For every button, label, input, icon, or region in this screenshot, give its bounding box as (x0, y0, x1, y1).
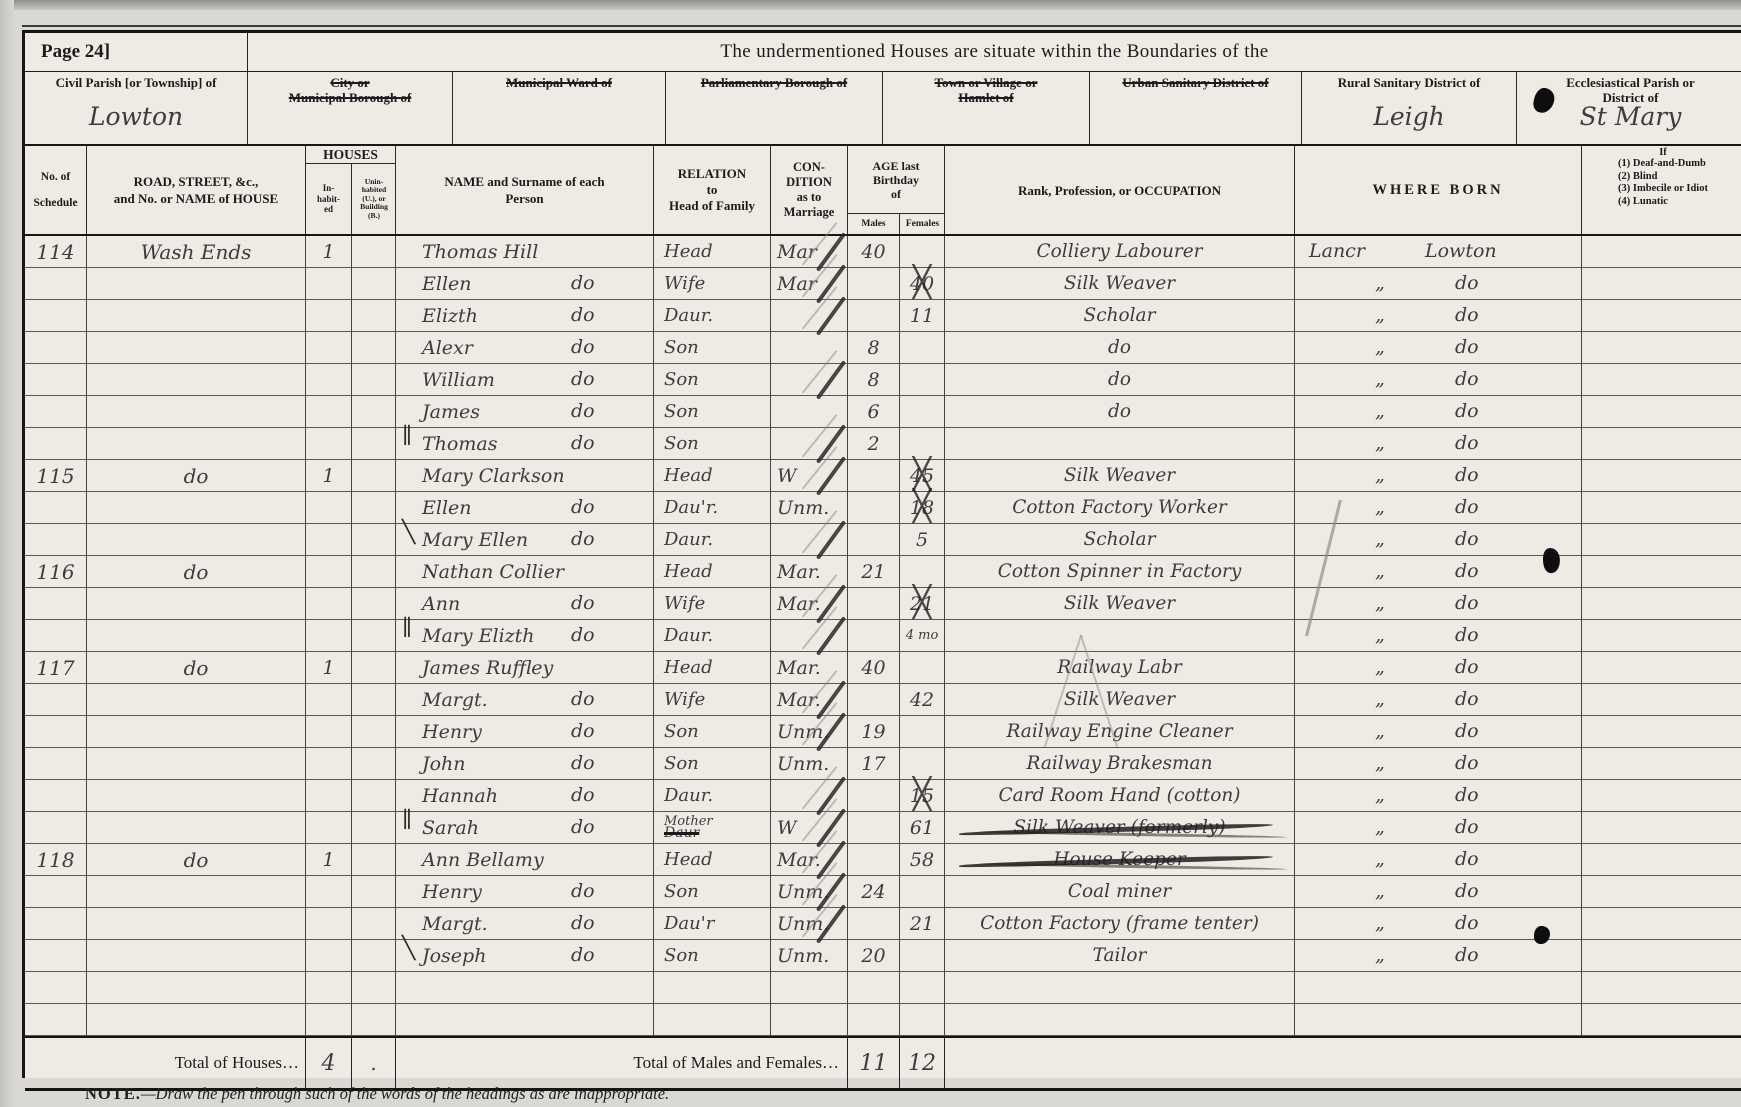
person-name: Joseph (422, 945, 486, 967)
age-male-cell: 40 (848, 652, 900, 684)
person-name: Nathan Collier (422, 561, 564, 583)
age-female-cell (900, 364, 945, 396)
born-cell: „do (1295, 940, 1582, 972)
relation-cell: Wife (654, 684, 771, 716)
occupation-cell: do (945, 332, 1295, 364)
relation-struck-value: Daur (664, 827, 770, 840)
total-males-value: 11 (848, 1038, 900, 1088)
age-value: 21 (910, 913, 934, 935)
condition-cell: Mar. (771, 652, 848, 684)
occupation-cell: Silk Weaver (945, 460, 1295, 492)
schedule-cell (25, 908, 87, 940)
boundary-column: Rural Sanitary District ofLeigh (1302, 72, 1517, 144)
infirmity-cell (1582, 492, 1741, 524)
enumerator-mark: ╲ (402, 936, 415, 961)
born-ditto-right: Lowton (1425, 240, 1497, 262)
schedule-cell (25, 876, 87, 908)
condition-cell: Unm. (771, 748, 848, 780)
born-ditto-right: do (1455, 688, 1479, 710)
age-male-cell: 6 (848, 396, 900, 428)
age-male-cell (848, 524, 900, 556)
road-cell (87, 524, 306, 556)
table-row: HenrydoSonUnm.19Railway Engine Cleaner„d… (25, 716, 1741, 748)
road-cell (87, 1004, 306, 1036)
name-ditto: do (571, 880, 595, 902)
scan-edge-top (0, 0, 1741, 10)
infirmity-cell (1582, 716, 1741, 748)
born-ditto-right: do (1455, 880, 1479, 902)
inhabited-cell (306, 332, 352, 364)
age-male-cell (848, 300, 900, 332)
occupation-value: do (1108, 369, 1131, 390)
uninhabited-cell (352, 460, 396, 492)
born-ditto-right: do (1455, 912, 1479, 934)
header-condition: CON- DITION as to Marriage (771, 146, 848, 234)
relation-cell: Son (654, 396, 771, 428)
infirmity-cell (1582, 652, 1741, 684)
person-name: Ann (422, 593, 460, 615)
born-cell: „do (1295, 460, 1582, 492)
born-ditto-left: „ (1375, 432, 1385, 454)
name-ditto: do (571, 304, 595, 326)
relation-value: Son (664, 755, 770, 773)
relation-value: Daur. (664, 787, 770, 805)
born-cell: LancrLowton (1295, 236, 1582, 268)
occupation-cell: Silk Weaver (945, 588, 1295, 620)
table-row: 117do1James RuffleyHeadMar.40Railway Lab… (25, 652, 1741, 684)
age-male-cell (848, 1004, 900, 1036)
age-female-cell (900, 236, 945, 268)
inhabited-cell (306, 748, 352, 780)
name-ditto: do (571, 336, 595, 358)
age-female-cell (900, 332, 945, 364)
relation-cell: Wife (654, 588, 771, 620)
born-cell: „do (1295, 876, 1582, 908)
born-cell: „do (1295, 396, 1582, 428)
age-value: 5 (916, 529, 928, 551)
name-cell: ∥Mary Elizthdo (396, 620, 654, 652)
road-cell: do (87, 556, 306, 588)
born-ditto-left: „ (1375, 400, 1385, 422)
born-cell: „do (1295, 716, 1582, 748)
age-female-cell: 61 (900, 812, 945, 844)
infirmity-cell (1582, 428, 1741, 460)
name-cell: ╲Josephdo (396, 940, 654, 972)
age-male-cell: 19 (848, 716, 900, 748)
relation-cell: Daur. (654, 300, 771, 332)
born-cell: „do (1295, 812, 1582, 844)
inhabited-cell (306, 908, 352, 940)
header-age-sub: Males Females (848, 213, 944, 234)
age-male-cell (848, 588, 900, 620)
age-female-cell: 4 mo (900, 620, 945, 652)
born-ditto-right: do (1455, 848, 1479, 870)
occupation-value: Silk Weaver (1064, 465, 1175, 486)
header-name: NAME and Surname of each Person (396, 146, 654, 234)
enumerator-mark: ╲ (402, 520, 415, 545)
uninhabited-cell (352, 684, 396, 716)
enumerator-mark: ∥ (402, 616, 412, 641)
infirmity-cell (1582, 908, 1741, 940)
infirmity-cell (1582, 684, 1741, 716)
born-ditto-left: „ (1375, 560, 1385, 582)
condition-cell (771, 428, 848, 460)
occupation-value: Cotton Factory Worker (1012, 497, 1227, 518)
relation-value: Daur. (664, 627, 770, 645)
person-name: Sarah (422, 817, 479, 839)
person-name: Mary Elizth (422, 625, 535, 647)
uninhabited-cell (352, 620, 396, 652)
occupation-cell: Cotton Factory (frame tenter) (945, 908, 1295, 940)
condition-value: Unm. (777, 721, 829, 743)
table-row: WilliamdoSon8do„do (25, 364, 1741, 396)
relation-cell: Dau'r (654, 908, 771, 940)
table-row: JamesdoSon6do„do (25, 396, 1741, 428)
schedule-cell: 118 (25, 844, 87, 876)
born-ditto-left: „ (1375, 784, 1385, 806)
person-name: Henry (422, 881, 482, 903)
road-cell (87, 748, 306, 780)
born-cell: „do (1295, 556, 1582, 588)
boundary-label: Urban Sanitary District of (1090, 75, 1301, 90)
born-ditto-left: „ (1375, 368, 1385, 390)
born-ditto-left: „ (1375, 656, 1385, 678)
person-name: Thomas (422, 433, 497, 455)
age-female-cell: 58 (900, 844, 945, 876)
age-male-cell (848, 844, 900, 876)
condition-value: Unm. (777, 881, 829, 903)
age-female-cell (900, 716, 945, 748)
inhabited-cell (306, 556, 352, 588)
age-male-cell (848, 812, 900, 844)
condition-cell (771, 300, 848, 332)
age-male-cell (848, 492, 900, 524)
relation-cell: Head (654, 844, 771, 876)
inhabited-cell: 1 (306, 652, 352, 684)
age-value: 11 (910, 305, 934, 327)
age-male-cell (848, 460, 900, 492)
inhabited-cell (306, 620, 352, 652)
age-male-cell (848, 684, 900, 716)
schedule-cell (25, 684, 87, 716)
relation-cell: Son (654, 748, 771, 780)
relation-value: Wife (664, 691, 770, 709)
boundary-column: Parliamentary Borough of (666, 72, 883, 144)
age-female-cell (900, 396, 945, 428)
occupation-value: House Keeper (1053, 849, 1185, 870)
table-row (25, 972, 1741, 1004)
condition-cell: Mar. (771, 588, 848, 620)
born-ditto-left: „ (1375, 912, 1385, 934)
person-name: Mary Ellen (422, 529, 528, 551)
occupation-cell: House Keeper (945, 844, 1295, 876)
road-cell (87, 876, 306, 908)
born-ditto-left: „ (1375, 592, 1385, 614)
relation-value: Daur. (664, 531, 770, 549)
born-ditto-left: „ (1375, 848, 1385, 870)
name-cell: Nathan Collier (396, 556, 654, 588)
age-female-cell (900, 428, 945, 460)
boundary-value-handwritten: Lowton (25, 102, 247, 131)
relation-cell (654, 1004, 771, 1036)
inhabited-cell (306, 1004, 352, 1036)
condition-cell (771, 524, 848, 556)
born-ditto-right: do (1455, 368, 1479, 390)
person-name: James Ruffley (422, 657, 553, 679)
born-ditto-right: do (1455, 496, 1479, 518)
relation-cell: Son (654, 428, 771, 460)
infirmity-cell (1582, 460, 1741, 492)
boundary-column: Civil Parish [or Township] ofLowton (25, 72, 248, 144)
road-cell (87, 972, 306, 1004)
table-row: Margt.doDau'rUnm.21Cotton Factory (frame… (25, 908, 1741, 940)
infirmity-cell (1582, 556, 1741, 588)
table-row: JohndoSonUnm.17Railway Brakesman„do (25, 748, 1741, 780)
schedule-cell (25, 492, 87, 524)
inhabited-cell (306, 300, 352, 332)
condition-value: W (777, 817, 797, 839)
name-ditto: do (571, 368, 595, 390)
condition-cell: W (771, 460, 848, 492)
person-name: James (422, 401, 480, 423)
condition-cell: Unm. (771, 876, 848, 908)
person-name: Hannah (422, 785, 498, 807)
infirmity-cell (1582, 300, 1741, 332)
header-road: ROAD, STREET, &c., and No. or NAME of HO… (87, 146, 306, 234)
schedule-cell (25, 716, 87, 748)
road-cell: Wash Ends (87, 236, 306, 268)
header-inhabited: In- habit- ed (306, 164, 352, 234)
inhabited-cell (306, 684, 352, 716)
footer-note: NOTE.—Draw the pen through such of the w… (85, 1084, 669, 1104)
condition-cell: Unm. (771, 716, 848, 748)
road-cell (87, 780, 306, 812)
relation-cell: Daur. (654, 524, 771, 556)
infirmity-cell (1582, 396, 1741, 428)
born-ditto-left: „ (1375, 944, 1385, 966)
uninhabited-cell (352, 492, 396, 524)
boundary-label: Rural Sanitary District of (1302, 75, 1516, 90)
header-females: Females (900, 214, 945, 234)
person-name: Ellen (422, 497, 472, 519)
uninhabited-cell (352, 972, 396, 1004)
table-row: 118do1Ann BellamyHeadMar.58House Keeper„… (25, 844, 1741, 876)
name-cell (396, 972, 654, 1004)
born-cell: „do (1295, 268, 1582, 300)
name-cell: Henrydo (396, 876, 654, 908)
born-ditto-left: „ (1375, 272, 1385, 294)
boundary-column: Municipal Ward of (453, 72, 666, 144)
infirmity-cell (1582, 876, 1741, 908)
relation-value: Son (664, 883, 770, 901)
age-female-cell: 15╳ (900, 780, 945, 812)
relation-cell: Dau'r. (654, 492, 771, 524)
uninhabited-cell (352, 748, 396, 780)
born-ditto-right: do (1455, 624, 1479, 646)
infirmity-cell (1582, 332, 1741, 364)
uninhabited-cell (352, 716, 396, 748)
occupation-cell: Cotton Spinner in Factory (945, 556, 1295, 588)
infirmity-cell (1582, 1004, 1741, 1036)
age-female-cell: 11 (900, 300, 945, 332)
born-ditto-right: do (1455, 656, 1479, 678)
relation-cell: Son (654, 716, 771, 748)
header-males: Males (848, 214, 900, 234)
person-name: William (422, 369, 495, 391)
name-ditto: do (571, 752, 595, 774)
age-female-cell: 21╳ (900, 588, 945, 620)
table-row: ╲Mary EllendoDaur.5Scholar„do (25, 524, 1741, 556)
born-ditto-right: do (1455, 464, 1479, 486)
occupation-value: Railway Labr (1057, 657, 1181, 678)
born-ditto-right: do (1455, 592, 1479, 614)
uninhabited-cell (352, 1004, 396, 1036)
occupation-cell: Colliery Labourer (945, 236, 1295, 268)
age-male-cell (848, 972, 900, 1004)
total-uninhabited-value: . (352, 1038, 396, 1088)
condition-value: Unm. (777, 753, 829, 775)
relation-value: Dau'r. (664, 499, 770, 517)
total-males-females-label: Total of Males and Females… (396, 1038, 848, 1088)
header-age-title: AGE last Birthday of (872, 146, 919, 213)
occupation-cell (945, 972, 1295, 1004)
name-cell (396, 1004, 654, 1036)
road-cell (87, 588, 306, 620)
header-occupation: Rank, Profession, or OCCUPATION (945, 146, 1295, 234)
schedule-cell: 114 (25, 236, 87, 268)
table-row: HannahdoDaur.15╳Card Room Hand (cotton)„… (25, 780, 1741, 812)
header-infirmities-if: If (1659, 147, 1667, 158)
occupation-value: Card Room Hand (cotton) (998, 785, 1240, 806)
born-ditto-left: „ (1375, 816, 1385, 838)
table-row: 114Wash Ends1Thomas HillHeadMar40Collier… (25, 236, 1741, 268)
uninhabited-cell (352, 364, 396, 396)
road-cell (87, 300, 306, 332)
name-ditto: do (571, 688, 595, 710)
header-uninhabited: Unin- habited (U.), or Building (B.) (352, 164, 396, 234)
name-cell: Hannahdo (396, 780, 654, 812)
table-row: HenrydoSonUnm.24Coal miner„do (25, 876, 1741, 908)
name-cell: Elizthdo (396, 300, 654, 332)
name-cell: Alexrdo (396, 332, 654, 364)
age-female-cell (900, 652, 945, 684)
occupation-cell: Railway Engine Cleaner (945, 716, 1295, 748)
total-houses-value: 4 (306, 1038, 352, 1088)
infirmity-cell (1582, 940, 1741, 972)
age-female-cell (900, 556, 945, 588)
occupation-value: Silk Weaver (formerly) (1013, 817, 1225, 838)
born-cell: „do (1295, 300, 1582, 332)
boundary-label: City or Municipal Borough of (248, 75, 452, 105)
relation-cell: Wife (654, 268, 771, 300)
condition-value: Unm. (777, 913, 829, 935)
born-ditto-left: „ (1375, 720, 1385, 742)
born-ditto-right: do (1455, 528, 1479, 550)
name-cell: James Ruffley (396, 652, 654, 684)
header-relation: RELATION to Head of Family (654, 146, 771, 234)
condition-value: Unm. (777, 945, 829, 967)
schedule-cell: 116 (25, 556, 87, 588)
name-ditto: do (571, 272, 595, 294)
relation-value: Son (664, 435, 770, 453)
header-infirmities-list: (1) Deaf-and-Dumb (2) Blind (3) Imbecile… (1618, 158, 1708, 208)
enumerator-tick (816, 456, 846, 496)
schedule-cell (25, 428, 87, 460)
occupation-value: Colliery Labourer (1036, 241, 1202, 262)
road-cell (87, 812, 306, 844)
age-value: 42 (910, 689, 934, 711)
boundary-column: Urban Sanitary District of (1090, 72, 1302, 144)
uninhabited-cell (352, 940, 396, 972)
relation-cell: Son (654, 876, 771, 908)
born-cell: „do (1295, 332, 1582, 364)
infirmity-cell (1582, 364, 1741, 396)
name-ditto: do (571, 624, 595, 646)
header-houses-sub: In- habit- ed Unin- habited (U.), or Bui… (306, 164, 395, 234)
person-name: Ellen (422, 273, 472, 295)
name-ditto: do (571, 944, 595, 966)
name-cell: Ellendo (396, 268, 654, 300)
condition-cell: Unm. (771, 940, 848, 972)
condition-value: Mar. (777, 561, 821, 583)
age-male-cell: 8 (848, 332, 900, 364)
header-infirmities: If (1) Deaf-and-Dumb (2) Blind (3) Imbec… (1582, 146, 1741, 234)
relation-value: Head (664, 851, 770, 869)
age-female-cell (900, 940, 945, 972)
born-ditto-right: do (1455, 752, 1479, 774)
relation-cell: Son (654, 940, 771, 972)
infirmity-cell (1582, 780, 1741, 812)
age-male-cell: 8 (848, 364, 900, 396)
relation-cell: Head (654, 652, 771, 684)
name-ditto: do (571, 784, 595, 806)
born-ditto-left: „ (1375, 624, 1385, 646)
condition-value: Mar. (777, 657, 821, 679)
name-cell: Henrydo (396, 716, 654, 748)
inhabited-cell: 1 (306, 844, 352, 876)
uninhabited-cell (352, 428, 396, 460)
occupation-cell: Coal miner (945, 876, 1295, 908)
occupation-value: Railway Brakesman (1026, 753, 1212, 774)
schedule-cell (25, 300, 87, 332)
born-ditto-right: do (1455, 400, 1479, 422)
schedule-cell: 115 (25, 460, 87, 492)
inhabited-cell: 1 (306, 460, 352, 492)
uninhabited-cell (352, 300, 396, 332)
name-ditto: do (571, 592, 595, 614)
born-ditto-right: do (1455, 784, 1479, 806)
inhabited-cell (306, 876, 352, 908)
condition-value: W (777, 465, 797, 487)
road-cell (87, 716, 306, 748)
person-name: Ann Bellamy (422, 849, 544, 871)
born-ditto-left: „ (1375, 464, 1385, 486)
name-cell: Margt.do (396, 684, 654, 716)
schedule-cell (25, 1004, 87, 1036)
condition-cell: Unm. (771, 492, 848, 524)
age-female-cell (900, 1004, 945, 1036)
age-value: 61 (910, 817, 934, 839)
age-male-cell (848, 268, 900, 300)
table-row: ∥Mary ElizthdoDaur.4 mo„do (25, 620, 1741, 652)
road-cell (87, 396, 306, 428)
header-age: AGE last Birthday of Males Females (848, 146, 945, 234)
inhabited-cell (306, 268, 352, 300)
table-row: AlexrdoSon8do„do (25, 332, 1741, 364)
road-cell (87, 940, 306, 972)
inhabited-cell (306, 492, 352, 524)
age-male-cell: 21 (848, 556, 900, 588)
